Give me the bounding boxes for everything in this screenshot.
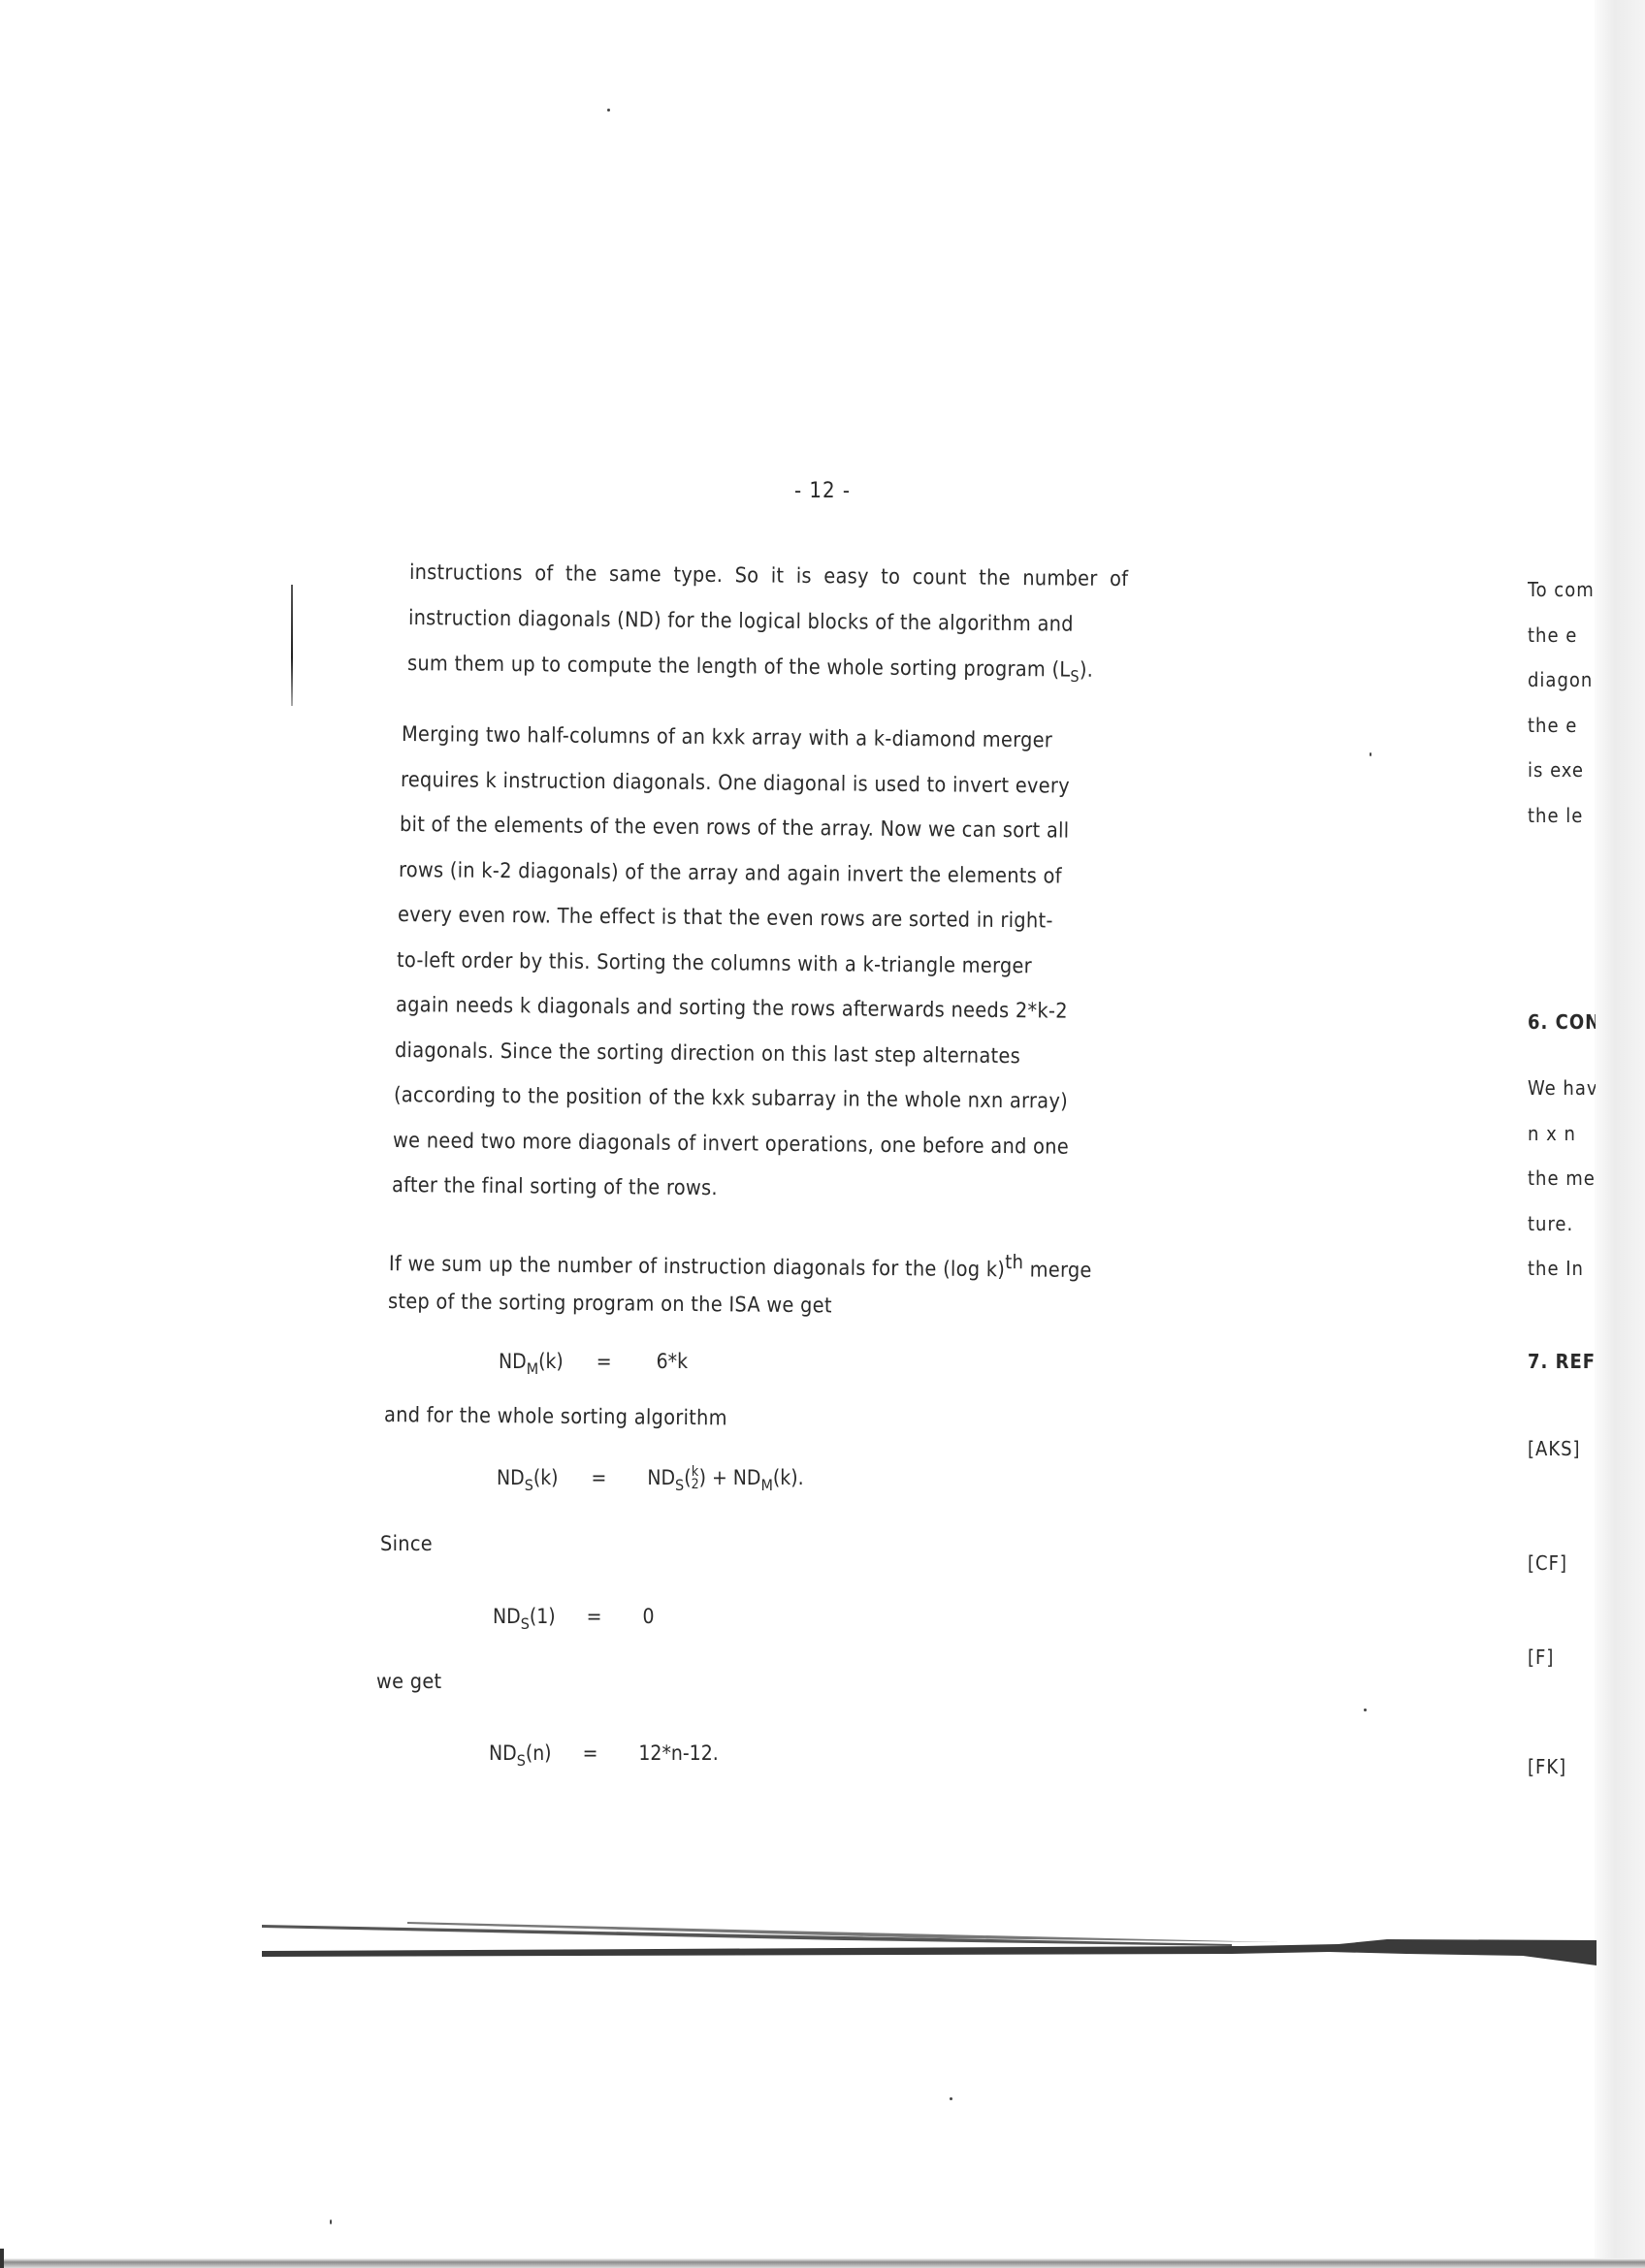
eq-subscript: M <box>527 1359 538 1378</box>
eq-symbol: ND <box>489 1741 517 1765</box>
eq-arg: (n) <box>526 1741 552 1765</box>
text-span: ). <box>1080 658 1094 683</box>
text-line: sum them up to compute the length of the… <box>407 652 1093 686</box>
text-line: we get <box>376 1670 441 1694</box>
clipped-text-line: is exe <box>1528 758 1584 782</box>
scan-bottom-edge <box>0 2258 1645 2268</box>
margin-pen-mark <box>291 585 293 706</box>
clipped-text-line: n x n <box>1528 1122 1576 1145</box>
eq-equals: = <box>592 1466 607 1489</box>
text-line: rows (in k-2 diagonals) of the array and… <box>399 858 1062 889</box>
reference-key: [AKS] <box>1528 1437 1581 1460</box>
equation-nd-m: NDM(k) = 6*k <box>499 1350 688 1378</box>
text-line: step of the sorting program on the ISA w… <box>388 1290 832 1318</box>
clipped-text-line: the me <box>1528 1166 1596 1190</box>
text-line: requires k instruction diagonals. One di… <box>401 768 1070 799</box>
text-line: bit of the elements of the even rows of … <box>400 813 1070 844</box>
clipped-text-line: the In <box>1528 1257 1584 1280</box>
eq-subscript: S <box>525 1476 533 1494</box>
text-line: Since <box>380 1532 433 1556</box>
clipped-text-line: the e <box>1528 623 1577 647</box>
scan-speck <box>607 109 610 112</box>
scan-left-shadow <box>0 2249 4 2268</box>
eq-arg: (k) <box>533 1466 559 1489</box>
section-heading-references: 7. REF <box>1528 1350 1596 1373</box>
subscript: S <box>1070 667 1080 686</box>
equation-nd-s-result: NDS(n) = 12*n-12. <box>489 1741 719 1770</box>
text-line: diagonals. Since the sorting direction o… <box>395 1038 1020 1069</box>
eq-symbol: ND <box>493 1605 521 1628</box>
eq-rhs: 6*k <box>657 1350 688 1373</box>
superscript: th <box>1005 1250 1023 1273</box>
eq-symbol: ND <box>647 1466 675 1489</box>
scan-speck <box>1364 1709 1367 1711</box>
text-line: (according to the position of the kxk su… <box>394 1083 1068 1114</box>
reference-key: [FK] <box>1528 1755 1566 1778</box>
eq-plus: + <box>712 1466 727 1489</box>
scan-smear-artifact <box>262 1915 1597 1973</box>
text-span: merge <box>1023 1258 1092 1283</box>
eq-symbol: ND <box>733 1466 761 1489</box>
text-line: instructions of the same type. So it is … <box>409 560 1128 591</box>
text-line: If we sum up the number of instruction d… <box>389 1244 1092 1283</box>
scan-speck <box>330 2220 332 2224</box>
eq-subscript: S <box>675 1476 684 1494</box>
eq-fraction: k2 <box>692 1466 699 1491</box>
eq-arg: (k) <box>538 1350 564 1373</box>
eq-rhs: 0 <box>642 1605 654 1628</box>
page-number: - 12 - <box>0 479 1645 503</box>
scan-speck <box>950 2097 952 2100</box>
clipped-text-line: ture. <box>1528 1212 1573 1235</box>
text-line: we need two more diagonals of invert ope… <box>393 1129 1069 1160</box>
reference-key: [F] <box>1528 1645 1554 1669</box>
eq-arg: (k). <box>773 1466 804 1489</box>
text-line: Merging two half-columns of an kxk array… <box>402 722 1052 752</box>
equation-nd-s-recursive: NDS(k) = NDS(k2) + NDM(k). <box>497 1466 804 1494</box>
fraction-denominator: 2 <box>692 1477 699 1492</box>
text-line: to-left order by this. Sorting the colum… <box>397 948 1032 978</box>
clipped-text-line: diagon <box>1528 668 1593 691</box>
text-line: every even row. The effect is that the e… <box>398 903 1053 933</box>
text-line: and for the whole sorting algorithm <box>384 1403 727 1430</box>
eq-equals: = <box>583 1741 598 1765</box>
section-heading-conclusion: 6. CON <box>1528 1010 1596 1034</box>
eq-subscript: S <box>517 1751 526 1770</box>
clipped-text-line: the e <box>1528 714 1577 737</box>
eq-equals: = <box>587 1605 602 1628</box>
clipped-text-line: the le <box>1528 804 1583 827</box>
next-page-column-clipped: To com the e diagon the e is exe the le … <box>1528 0 1596 2268</box>
eq-equals: = <box>597 1350 612 1373</box>
reference-key: [CF] <box>1528 1551 1567 1575</box>
text-span: If we sum up the number of instruction d… <box>389 1252 1005 1282</box>
eq-arg: (1) <box>530 1605 556 1628</box>
scan-page-edge <box>1595 0 1645 2268</box>
equation-nd-s-base: NDS(1) = 0 <box>493 1605 654 1633</box>
text-line: instruction diagonals (ND) for the logic… <box>408 606 1074 637</box>
text-span: sum them up to compute the length of the… <box>407 652 1071 683</box>
scan-speck <box>1370 752 1371 756</box>
text-line: again needs k diagonals and sorting the … <box>396 993 1068 1024</box>
eq-rhs: 12*n-12. <box>638 1741 718 1765</box>
eq-subscript: S <box>521 1614 530 1633</box>
clipped-text-line: We hav <box>1528 1076 1596 1100</box>
eq-subscript: M <box>760 1476 772 1494</box>
eq-symbol: ND <box>499 1350 527 1373</box>
text-line: after the final sorting of the rows. <box>392 1173 718 1200</box>
clipped-text-line: To com <box>1528 578 1595 601</box>
eq-symbol: ND <box>497 1466 525 1489</box>
